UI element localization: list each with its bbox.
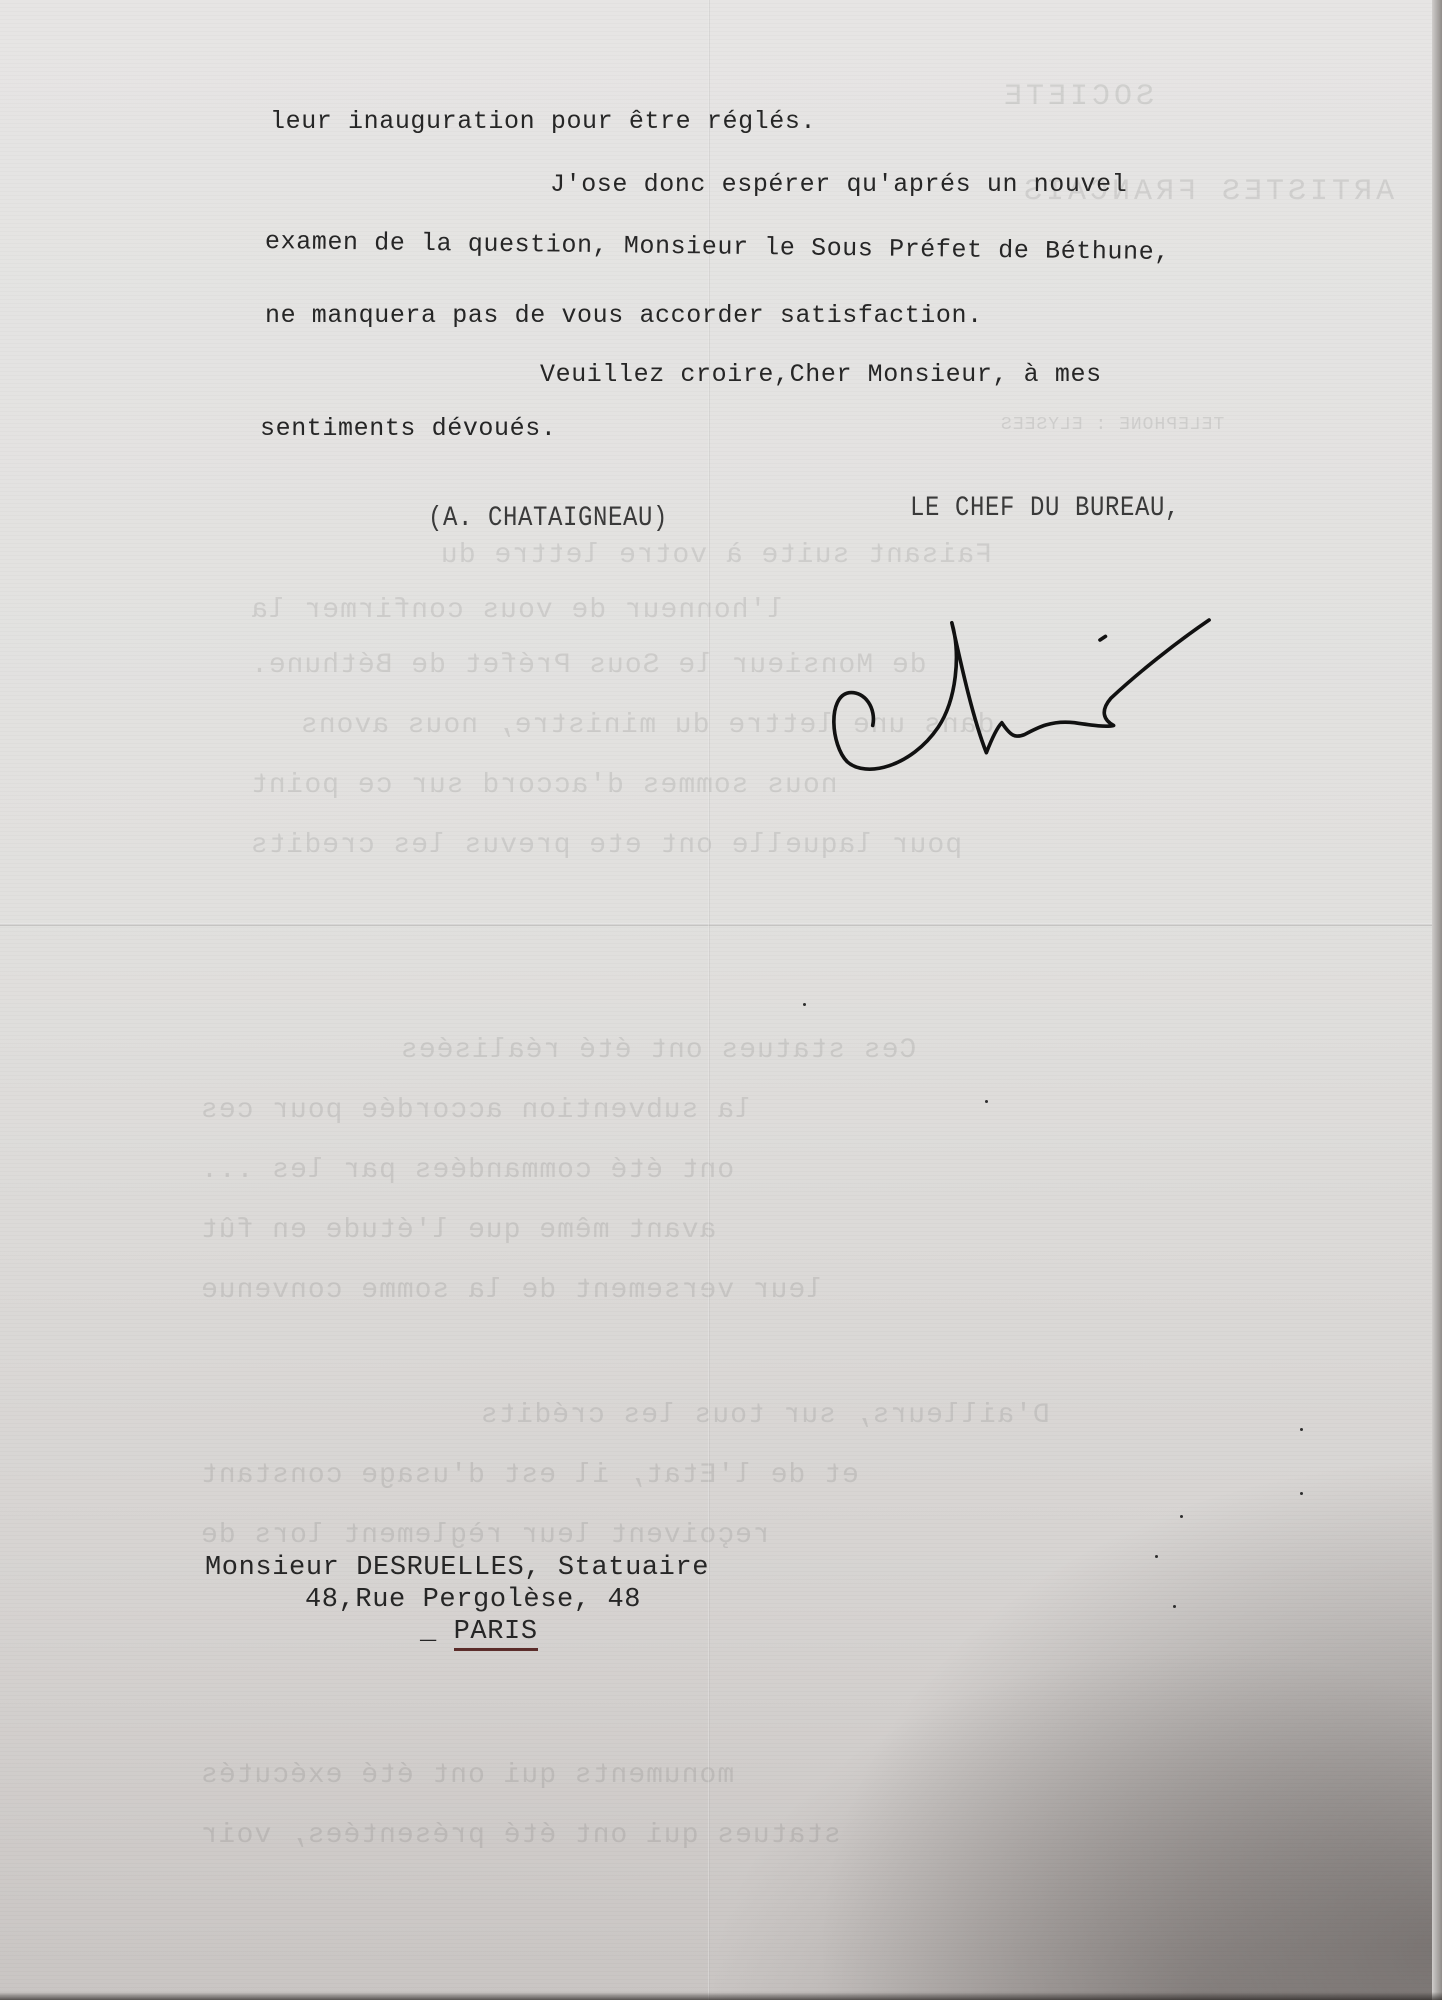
reverse-line: avant même que l'étude en fût xyxy=(200,1215,716,1246)
reverse-line: nous sommes d'accord sur ce point xyxy=(250,770,838,801)
signatory-name: (A. CHATAIGNEAU) xyxy=(428,503,668,534)
reverse-line: et de l'Etat, il est d'usage constant xyxy=(200,1460,859,1491)
reverse-line: Ces statues ont été réalisées xyxy=(400,1035,916,1066)
reverse-line: Faisant suite à votre lettre du xyxy=(440,540,992,571)
reverse-line: l'honneur de vous confirmer la xyxy=(250,595,784,626)
horizontal-fold-line xyxy=(0,923,1442,926)
ink-speck xyxy=(1173,1605,1176,1608)
body-line-3: examen de la question, Monsieur le Sous … xyxy=(265,227,1170,267)
reverse-line: statues qui ont été présentées, voir xyxy=(200,1820,841,1851)
reverse-line: reçoivent leur règlement lors de xyxy=(200,1520,770,1551)
ink-speck xyxy=(1155,1555,1158,1558)
recipient-city-prefix: _ xyxy=(420,1617,437,1647)
letterhead-ghost-3: TELEPHONE : ELYSEES xyxy=(1000,415,1224,435)
recipient-city-row: _ PARIS xyxy=(420,1617,538,1647)
reverse-line: D'ailleurs, sur tous les crédits xyxy=(480,1400,1050,1431)
reverse-line: ont été commandées par les ... xyxy=(200,1155,734,1186)
letterhead-ghost-1: SOCIETE xyxy=(1000,80,1154,114)
body-line-1: leur inauguration pour être réglés. xyxy=(270,107,816,136)
recipient-line-2: 48,Rue Pergolèse, 48 xyxy=(305,1585,641,1615)
body-line-5: Veuillez croire,Cher Monsieur, à mes xyxy=(540,360,1102,389)
paper-bottom-edge xyxy=(0,1992,1442,2000)
reverse-line: monuments qui ont été exécutés xyxy=(200,1760,734,1791)
letter-page: SOCIETE ARTISTES FRANCAIS TELEPHONE : EL… xyxy=(0,0,1442,2000)
handwritten-signature-icon xyxy=(800,600,1240,800)
ink-speck xyxy=(1180,1515,1183,1518)
reverse-line: la subvention accordée pour ces xyxy=(200,1095,752,1126)
vertical-fold-line xyxy=(708,0,710,2000)
ink-speck xyxy=(1300,1492,1303,1495)
body-line-4: ne manquera pas de vous accorder satisfa… xyxy=(265,301,983,330)
signatory-title: LE CHEF DU BUREAU, xyxy=(910,493,1180,524)
recipient-line-1: Monsieur DESRUELLES, Statuaire xyxy=(205,1553,709,1583)
reverse-line: leur versement de la somme convenue xyxy=(200,1275,823,1306)
ink-speck xyxy=(985,1100,988,1103)
recipient-city: PARIS xyxy=(454,1617,538,1651)
ink-speck xyxy=(803,1003,806,1006)
paper-right-edge xyxy=(1432,0,1442,2000)
body-line-2: J'ose donc espérer qu'aprés un nouvel xyxy=(550,170,1127,199)
reverse-line: pour laquelle ont ete prevus les credits xyxy=(250,830,962,861)
body-line-6: sentiments dévoués. xyxy=(260,414,556,443)
ink-speck xyxy=(1300,1428,1303,1431)
